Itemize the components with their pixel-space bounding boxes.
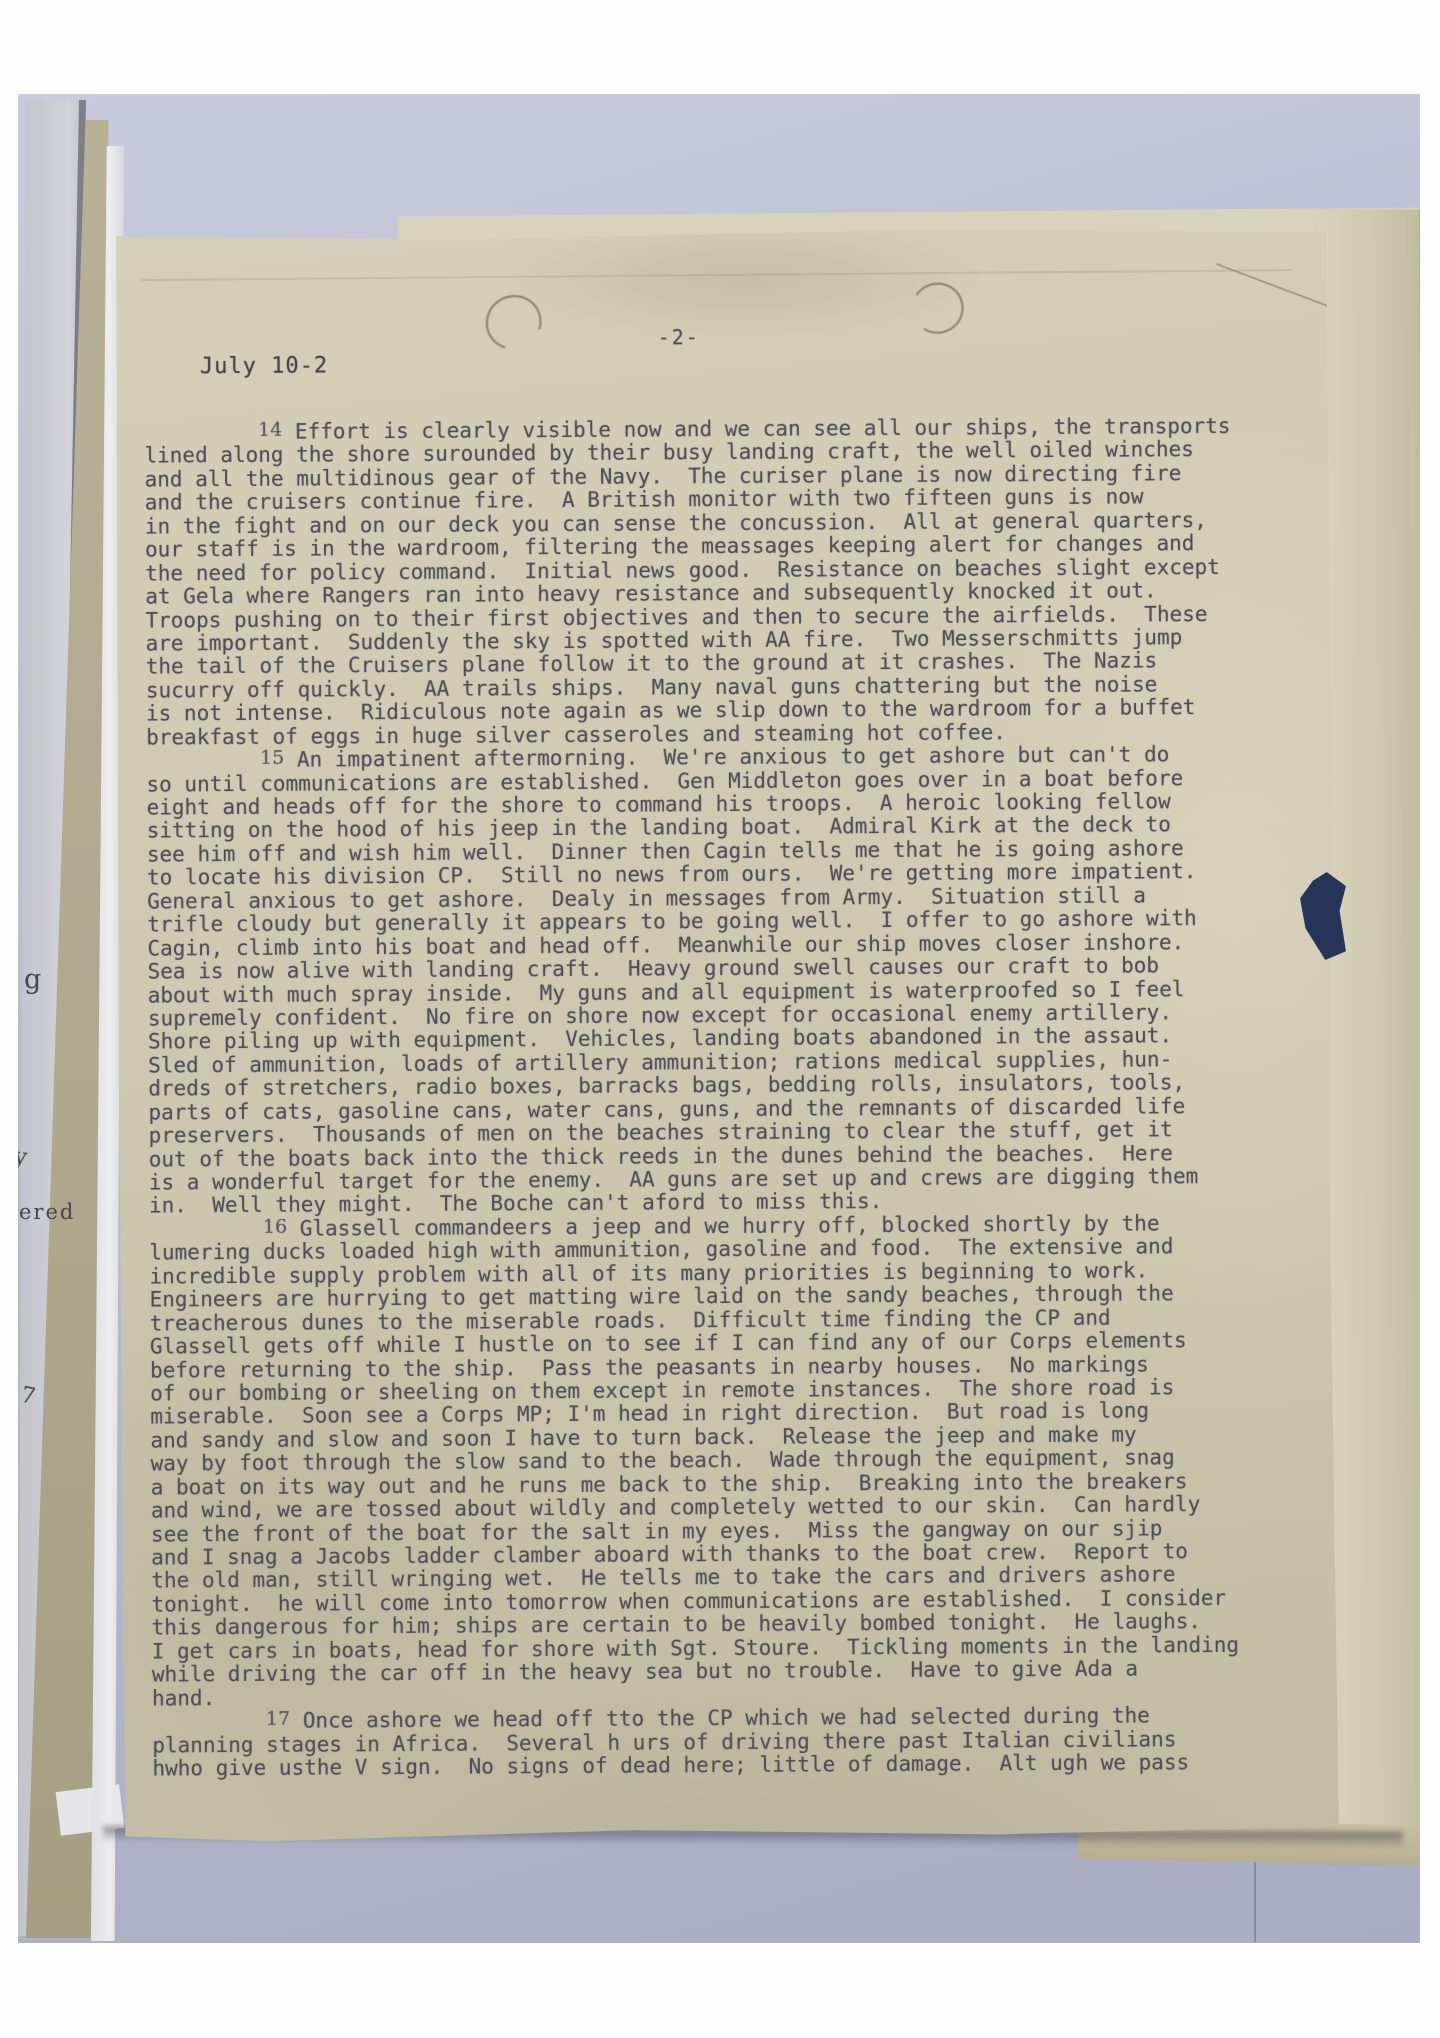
screenshot-canvas: { "colors": { "paper": "#cfc8b2", "photo… xyxy=(0,0,1440,2038)
paragraph-number: 16 xyxy=(263,1216,287,1238)
paragraph-number: 17 xyxy=(266,1708,290,1730)
margin-fragment-ered: ered xyxy=(19,1200,75,1224)
paragraph-number: 14 xyxy=(258,419,282,441)
document-photo: g y ered 7 -2- July 10-2 14 Effort is cl… xyxy=(18,94,1420,1943)
horizontal-crease-line xyxy=(141,269,1291,281)
typed-page: -2- July 10-2 14 Effort is clearly visib… xyxy=(113,226,1339,1843)
paragraph-number: 15 xyxy=(260,747,284,769)
hole-mark-left xyxy=(476,285,551,359)
margin-fragment-g: g xyxy=(24,964,41,995)
date-heading: July 10-2 xyxy=(200,353,328,379)
page-number: -2- xyxy=(619,325,739,350)
typed-body: 14 Effort is clearly visible now and we … xyxy=(144,414,1318,1780)
hole-mark-right xyxy=(907,278,969,339)
typed-line: hwho give usthe V sign. No signs of dead… xyxy=(152,1750,1318,1781)
